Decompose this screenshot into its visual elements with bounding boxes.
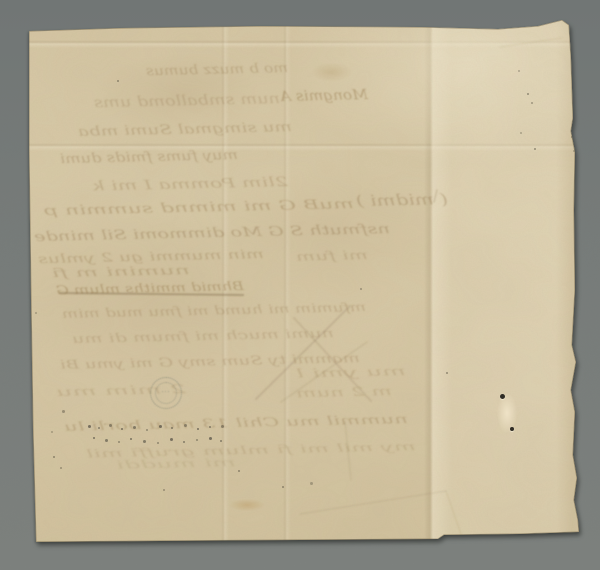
stamp-remnant-speck [157, 442, 159, 444]
stamp-remnant-speck [118, 441, 120, 443]
stamp-remnant-speck [133, 426, 136, 429]
paper-speck [310, 482, 313, 485]
ghost-text-line: m 2 num [296, 384, 392, 400]
stamp-remnant-speck [197, 428, 199, 430]
bleed-through-ink-layer: mo b muzz bumusnum smballomd umsMongmis … [0, 0, 600, 570]
ghost-text-line: mu ymi l [295, 364, 406, 380]
stamp-remnant-speck [209, 426, 211, 428]
paper-speck [51, 431, 53, 433]
stamp-remnant-speck [159, 425, 162, 428]
stamp-remnant-speck [220, 440, 222, 442]
paper-speck [527, 93, 529, 95]
paper-speck [571, 136, 573, 138]
stamp-remnant-speck [143, 440, 146, 443]
seal-hole-top [500, 394, 505, 399]
archive-scan-mat: mo b muzz bumusnum smballomd umsMongmis … [0, 0, 600, 570]
stamp-remnant-speck [105, 439, 108, 442]
stamp-remnant-speck [209, 437, 212, 440]
round-stamp-mark: ··· [150, 377, 182, 409]
stamp-remnant-speck [183, 441, 185, 443]
round-stamp-center: ··· [151, 389, 181, 396]
paper-speck [238, 470, 240, 472]
stamp-remnant-speck [184, 424, 187, 427]
paper-speck [60, 467, 62, 469]
paper-speck [62, 410, 65, 413]
paper-speck [117, 80, 119, 82]
stamp-remnant-speck [171, 427, 173, 429]
paper-speck [531, 102, 533, 104]
paper-speck [53, 456, 55, 458]
seal-tear-patch [497, 393, 517, 433]
ghost-text-line: mi fum [296, 248, 368, 264]
ghost-text-line: mi muddi [116, 456, 236, 472]
paper-shadow: mo b muzz bumusnum smballomd umsMongmis … [0, 0, 600, 570]
ghost-text-line: Mongmis A [280, 87, 369, 105]
paper-sheet: mo b muzz bumusnum smballomd umsMongmis … [0, 0, 600, 570]
paper-speck [573, 150, 575, 152]
paper-speck [282, 486, 284, 488]
stamp-remnant-speck [109, 424, 112, 427]
stamp-remnant-speck [221, 425, 224, 428]
stamp-remnant-speck [196, 439, 198, 441]
stamp-remnant-speck [93, 437, 95, 439]
paper-speck [520, 132, 522, 134]
ghost-text-line: ( midmi ) [356, 190, 449, 210]
paper-speck [446, 372, 448, 374]
seal-hole-bottom [510, 427, 514, 431]
paper-speck [534, 148, 536, 150]
paper-speck [518, 70, 520, 72]
stamp-remnant-speck [146, 429, 148, 431]
paper-speck [163, 489, 165, 491]
paper-speck [35, 312, 37, 314]
paper-speck [360, 288, 362, 290]
stamp-remnant-speck [130, 438, 132, 440]
stamp-remnant-speck [98, 427, 100, 429]
stamp-remnant-speck [88, 425, 91, 428]
stamp-remnant-speck [170, 438, 173, 441]
stamp-remnant-speck [121, 428, 123, 430]
